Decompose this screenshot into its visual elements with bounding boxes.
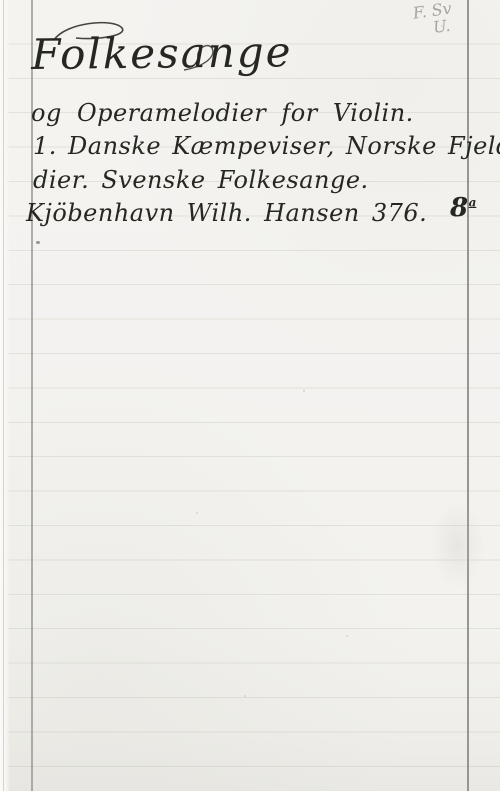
paper-speck [303, 390, 305, 392]
format-digit: 8 [450, 193, 469, 223]
format-octavo-mark: 8a [450, 193, 476, 223]
entry-contents-line1: 1. Danske Kæmpeviser, Norske Fjeldmelo= [33, 132, 500, 160]
paper-smudge [430, 500, 485, 590]
entry-contents-line2: dier. Svenske Folkesange. [33, 166, 369, 194]
catalog-card-page: F. Sv U. Folkesange og Operamelodier for… [0, 0, 500, 791]
ruled-lines [0, 10, 500, 791]
entry-imprint: Kjöbenhavn Wilh. Hansen 376. [26, 199, 427, 227]
pencil-shelfmark: F. Sv U. [412, 0, 455, 39]
format-superscript: a [469, 195, 477, 209]
entry-subtitle: og Operamelodier for Violin. [31, 99, 414, 127]
scan-left-edge [0, 0, 10, 791]
paper-speck [244, 695, 246, 697]
entry-title: Folkesange [31, 27, 293, 79]
paper-speck [346, 635, 348, 637]
ink-speck [36, 241, 40, 244]
right-margin-rule [467, 0, 469, 791]
paper-speck [196, 512, 198, 514]
